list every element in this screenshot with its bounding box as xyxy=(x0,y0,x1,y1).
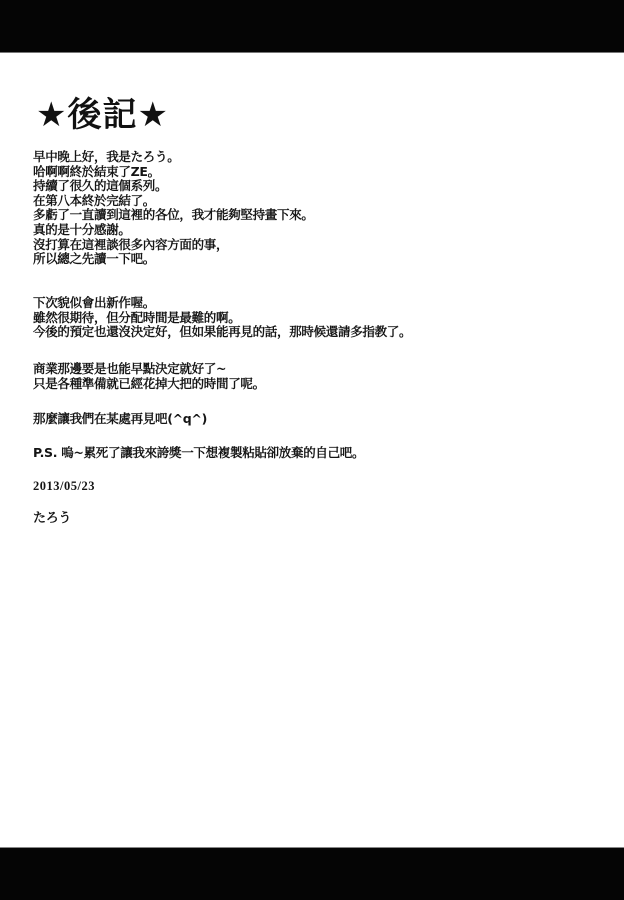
paragraph-ps: P.S. 嗚~累死了讓我來誇獎一下想複製粘貼卻放棄的自己吧。 xyxy=(33,446,364,461)
text-line: 哈啊啊終於結束了ZE。 xyxy=(33,165,314,180)
text-line: 那麼讓我們在某處再見吧(^q^) xyxy=(33,412,207,427)
paragraph-2: 下次貌似會出新作喔。 雖然很期待，但分配時間是最難的啊。 今後的預定也還沒決定好… xyxy=(33,296,411,340)
text-line: 在第八本終於完結了。 xyxy=(33,194,314,209)
paragraph-3: 商業那邊要是也能早點決定就好了~ 只是各種準備就已經花掉大把的時間了呢。 xyxy=(33,362,265,391)
page-title: ★後記★ xyxy=(36,94,169,136)
text-line: 只是各種準備就已經花掉大把的時間了呢。 xyxy=(33,377,265,392)
top-black-bar xyxy=(0,0,624,53)
signature-block: たろう xyxy=(33,512,71,527)
text-line: 所以總之先讀一下吧。 xyxy=(33,252,314,267)
bottom-black-bar xyxy=(0,847,624,900)
text-line: 下次貌似會出新作喔。 xyxy=(33,296,411,311)
text-line: 持續了很久的這個系列。 xyxy=(33,179,314,194)
date-block: 2013/05/23 xyxy=(33,479,95,494)
date: 2013/05/23 xyxy=(33,479,95,494)
text-line: 雖然很期待，但分配時間是最難的啊。 xyxy=(33,311,411,326)
text-line: P.S. 嗚~累死了讓我來誇獎一下想複製粘貼卻放棄的自己吧。 xyxy=(33,446,364,461)
text-line: 早中晚上好，我是たろう。 xyxy=(33,150,314,165)
text-line: 真的是十分感謝。 xyxy=(33,223,314,238)
text-line: 商業那邊要是也能早點決定就好了~ xyxy=(33,362,265,377)
text-line: 多虧了一直讀到這裡的各位，我才能夠堅持畫下來。 xyxy=(33,208,314,223)
text-line: 沒打算在這裡談很多內容方面的事， xyxy=(33,238,314,253)
paragraph-4: 那麼讓我們在某處再見吧(^q^) xyxy=(33,412,207,427)
paragraph-1: 早中晚上好，我是たろう。 哈啊啊終於結束了ZE。 持續了很久的這個系列。 在第八… xyxy=(33,150,314,267)
text-line: 今後的預定也還沒決定好，但如果能再見的話，那時候還請多指教了。 xyxy=(33,325,411,340)
signature: たろう xyxy=(33,512,71,527)
